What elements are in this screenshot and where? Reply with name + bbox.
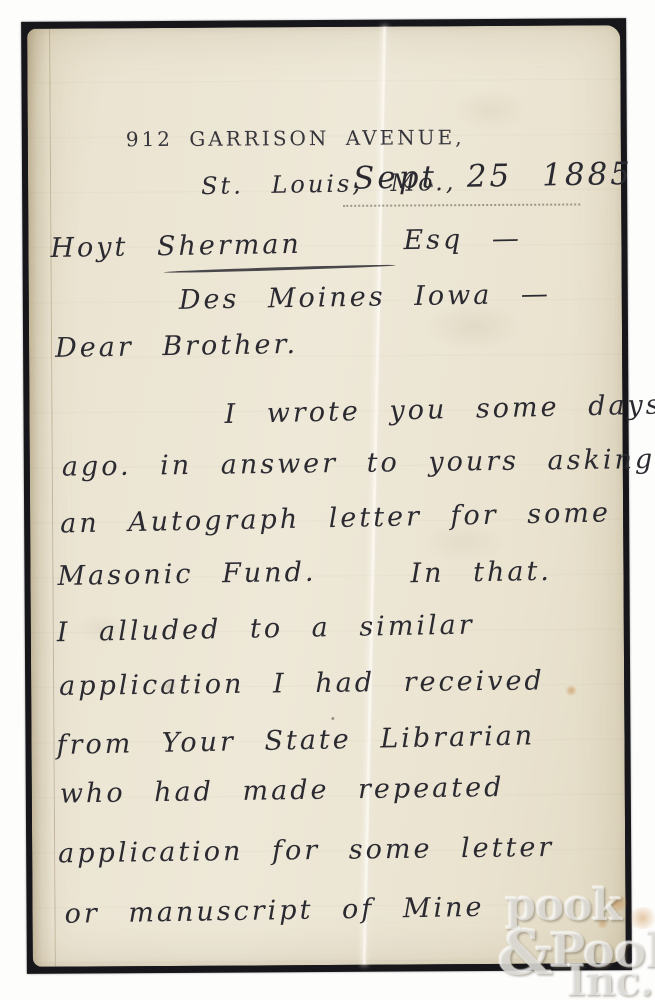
body-line: In that. (410, 556, 552, 589)
body-line: or manuscript of Mine (64, 892, 484, 930)
body-line: from Your State Librarian (56, 720, 535, 761)
body-line: application I had received (59, 665, 545, 702)
recipient-name: Hoyt Sherman (50, 229, 302, 264)
body-line: ago. in answer to yours asking (62, 444, 655, 483)
recipient-underline-flourish (164, 264, 396, 274)
date-dotted-rule (343, 201, 580, 206)
letter-paper: 912 GARRISON AVENUE, St. Louis, Mo., Sep… (27, 25, 626, 967)
foxing-stain (627, 907, 655, 929)
body-line: an Autograph letter for some (60, 497, 611, 539)
recipient-honorific: Esq — (403, 223, 522, 256)
dateline-date: Sept 25 1885 — (353, 155, 655, 197)
body-line: who had made repeated (60, 772, 505, 810)
foxing-stain (596, 918, 610, 928)
paper-left-edge (27, 29, 56, 967)
salutation: Dear Brother. (55, 329, 298, 364)
ink-smudge (159, 680, 179, 692)
photo-backdrop: 912 GARRISON AVENUE, St. Louis, Mo., Sep… (21, 18, 632, 974)
body-line: I wrote you some days (224, 390, 655, 431)
paper-speck (331, 717, 334, 720)
foxing-stain (564, 685, 578, 695)
letterhead-address: 912 GARRISON AVENUE, (126, 125, 465, 151)
body-line: Masonic Fund. (57, 557, 316, 592)
body-line: I alluded to a similar (57, 610, 475, 649)
recipient-city: Des Moines Iowa — (179, 279, 552, 316)
letter-photograph: 912 GARRISON AVENUE, St. Louis, Mo., Sep… (0, 0, 655, 1000)
body-line: application for some letter (58, 832, 554, 869)
foxing-stain (604, 895, 630, 911)
paper-speck (430, 184, 433, 187)
